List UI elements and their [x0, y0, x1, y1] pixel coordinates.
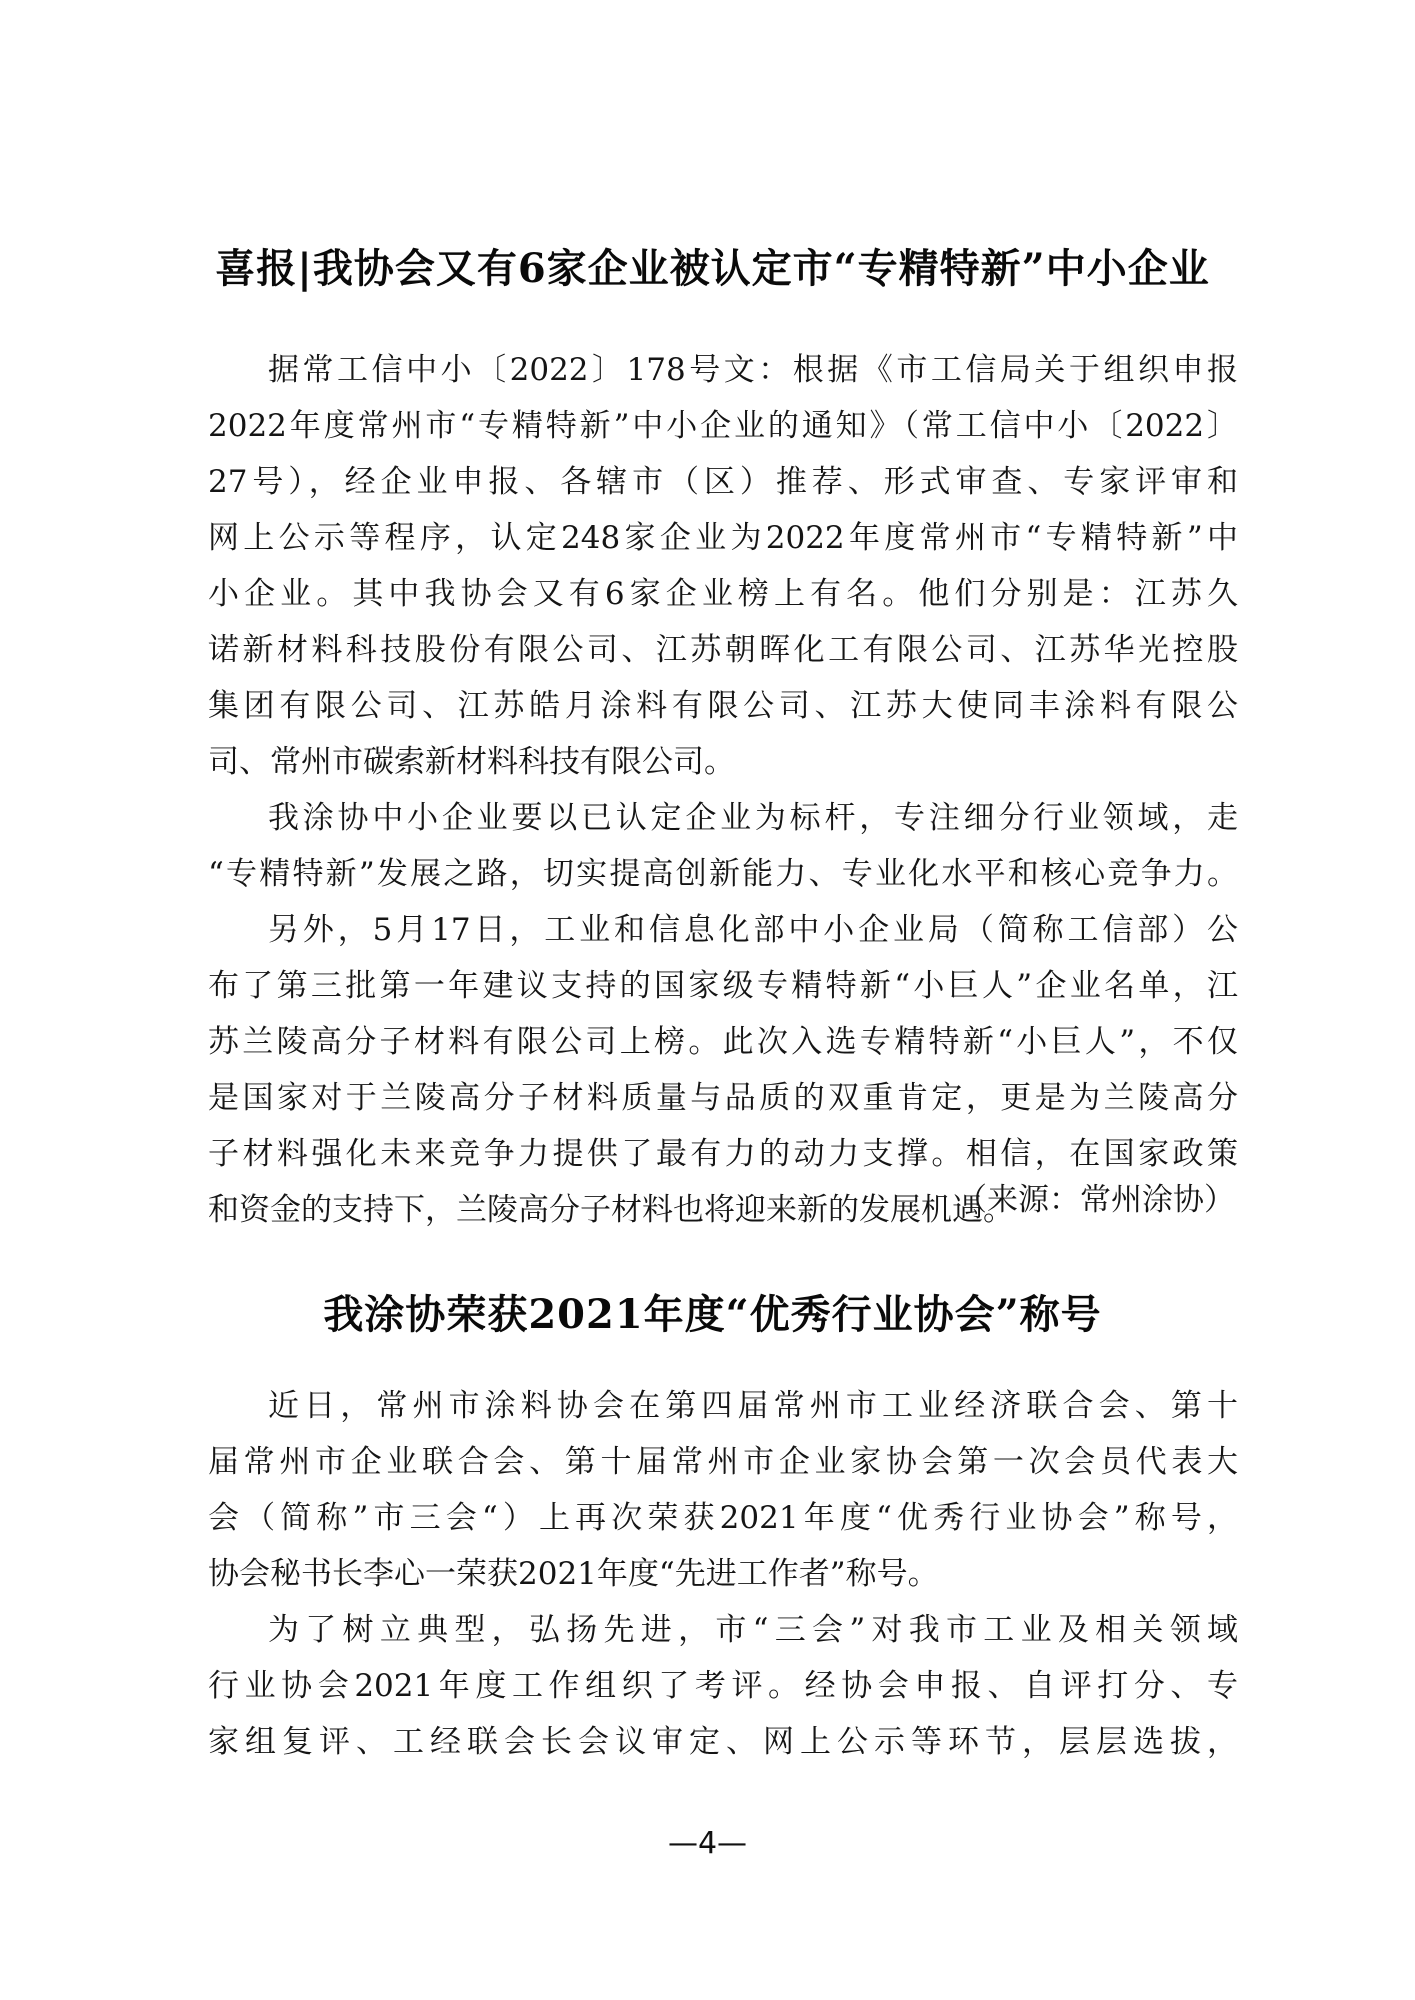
article-2-line: 会（简称”市三会“）上再次荣获2021年度“优秀行业协会”称号， — [208, 1496, 1238, 1540]
article-2-line: 届常州市企业联合会、第十届常州市企业家协会第一次会员代表大 — [208, 1440, 1238, 1484]
article-1-line: 另外，5月17日，工业和信息化部中小企业局（简称工信部）公 — [268, 908, 1238, 952]
article-2-line: 为了树立典型，弘扬先进，市“三会”对我市工业及相关领域 — [268, 1608, 1238, 1652]
page-number: —4— — [0, 1824, 1415, 1864]
article-2-line: 行业协会2021年度工作组织了考评。经协会申报、自评打分、专 — [208, 1664, 1238, 1708]
article-1-line: 布了第三批第一年建议支持的国家级专精特新“小巨人”企业名单，江 — [208, 964, 1238, 1008]
article-2-title: 我涂协荣获2021年度“优秀行业协会”称号 — [190, 1290, 1235, 1340]
article-1-line: 27号），经企业申报、各辖市（区）推荐、形式审查、专家评审和 — [208, 460, 1238, 504]
article-1-line: 子材料强化未来竞争力提供了最有力的动力支撑。相信，在国家政策 — [208, 1132, 1238, 1176]
article-1-line: “专精特新”发展之路，切实提高创新能力、专业化水平和核心竞争力。 — [208, 852, 1238, 896]
article-1-title: 喜报|我协会又有6家企业被认定市“专精特新”中小企业 — [190, 244, 1235, 294]
article-2-line: 近日，常州市涂料协会在第四届常州市工业经济联合会、第十 — [268, 1384, 1238, 1428]
article-2-line: 协会秘书长李心一荣获2021年度“先进工作者”称号。 — [208, 1552, 1238, 1596]
article-1-line: 据常工信中小〔2022〕178号文：根据《市工信局关于组织申报 — [268, 348, 1238, 392]
article-1-line: 2022年度常州市“专精特新”中小企业的通知》（常工信中小〔2022〕 — [208, 404, 1238, 448]
article-1-source: （来源：常州涂协） — [956, 1178, 1235, 1222]
article-1-line: 小企业。其中我协会又有6家企业榜上有名。他们分别是：江苏久 — [208, 572, 1238, 616]
document-page: 喜报|我协会又有6家企业被认定市“专精特新”中小企业 据常工信中小〔2022〕1… — [0, 0, 1415, 2000]
article-1-line: 集团有限公司、江苏皓月涂料有限公司、江苏大使同丰涂料有限公 — [208, 684, 1238, 728]
article-1-line: 苏兰陵高分子材料有限公司上榜。此次入选专精特新“小巨人”，不仅 — [208, 1020, 1238, 1064]
article-2-line: 家组复评、工经联会长会议审定、网上公示等环节，层层选拔， — [208, 1720, 1238, 1764]
article-1-line: 诺新材料科技股份有限公司、江苏朝晖化工有限公司、江苏华光控股 — [208, 628, 1238, 672]
article-1-line: 网上公示等程序，认定248家企业为2022年度常州市“专精特新”中 — [208, 516, 1238, 560]
article-1-line: 我涂协中小企业要以已认定企业为标杆，专注细分行业领域，走 — [268, 796, 1238, 840]
article-1-line: 司、常州市碳索新材料科技有限公司。 — [208, 740, 1238, 784]
article-1-line: 是国家对于兰陵高分子材料质量与品质的双重肯定，更是为兰陵高分 — [208, 1076, 1238, 1120]
